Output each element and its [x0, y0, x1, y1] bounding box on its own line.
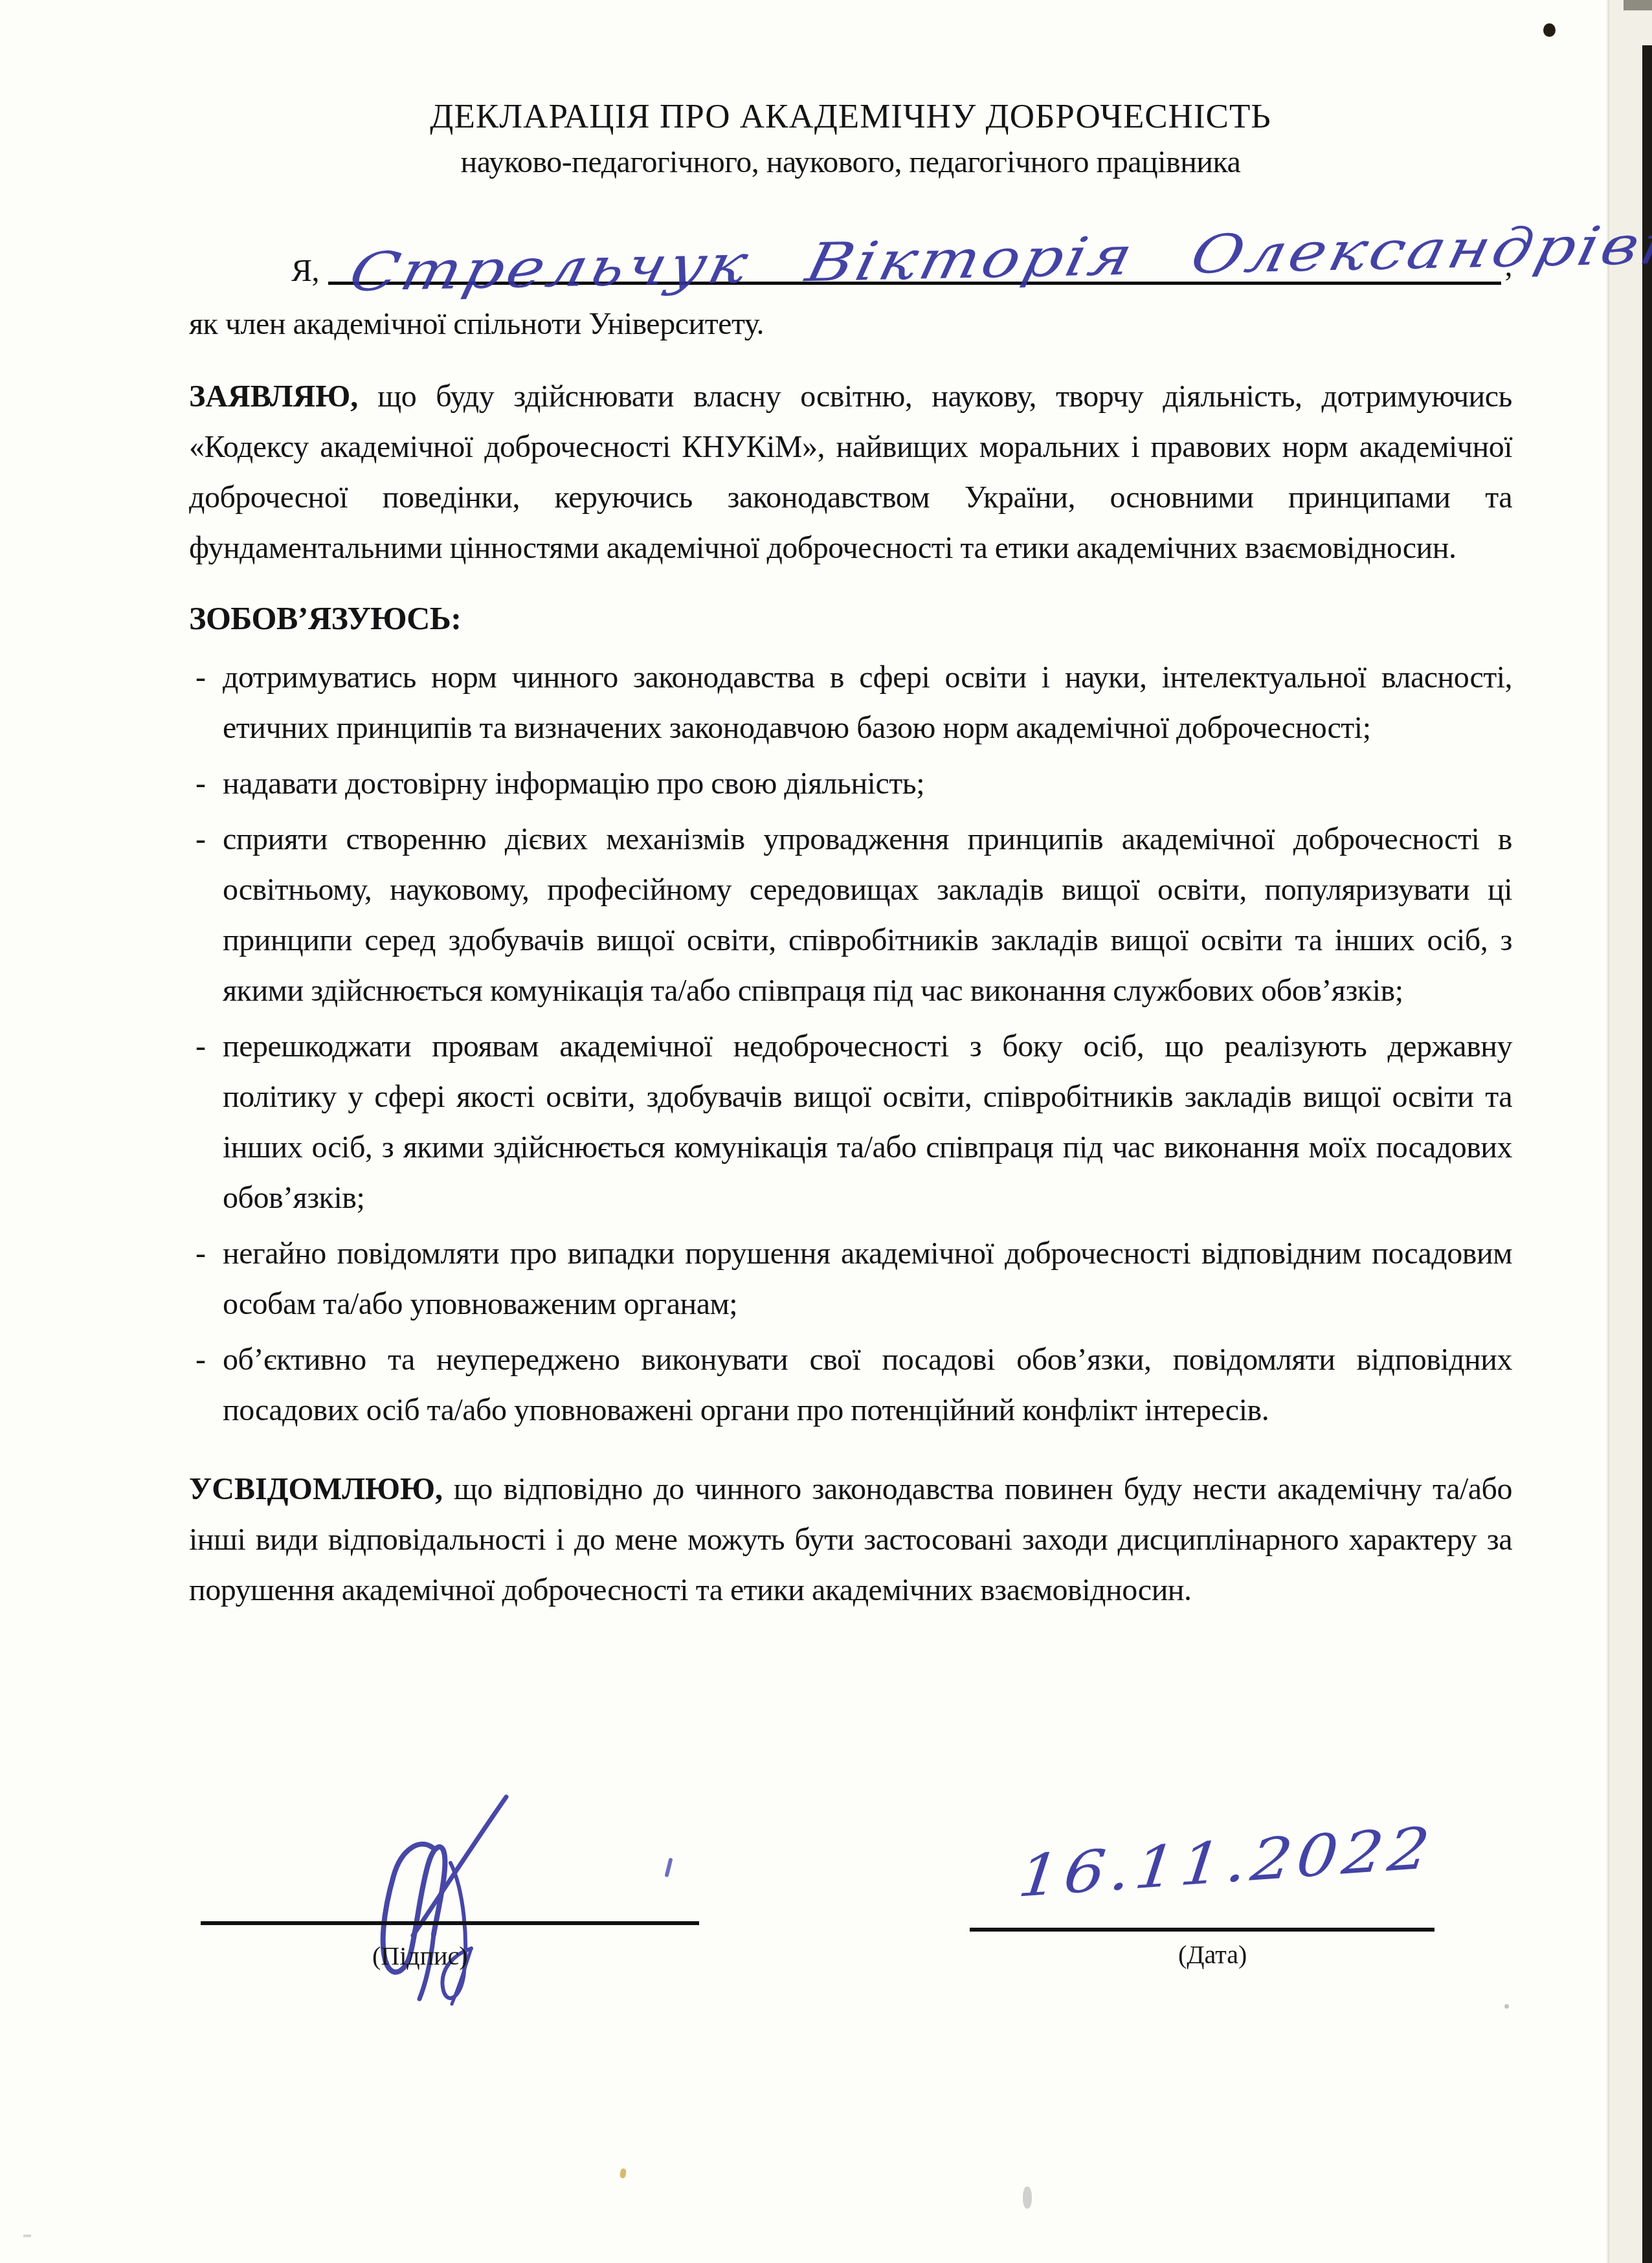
obligations-heading: ЗОБОВ’ЯЗУЮСЬ:	[189, 593, 1512, 643]
list-item: надавати достовірну інформацію про свою …	[189, 759, 1512, 809]
list-item: дотримуватись норм чинного законодавства…	[189, 652, 1512, 753]
signature-caption: (Підпис)	[372, 1941, 468, 1971]
list-item: перешкоджати проявам академічної недобро…	[189, 1021, 1512, 1223]
handwritten-signature	[337, 1785, 531, 2009]
list-item-text: негайно повідомляти про випадки порушенн…	[223, 1236, 1512, 1321]
handwritten-name: Стрельчук Вікторія Олександрівна,	[345, 218, 1652, 298]
list-item-text: дотримуватись норм чинного законодавства…	[223, 660, 1512, 745]
obligations-list: дотримуватись норм чинного законодавства…	[189, 652, 1512, 1436]
list-item: негайно повідомляти про випадки порушенн…	[189, 1229, 1512, 1330]
gray-smudge-artifact	[1023, 2187, 1032, 2209]
list-item-text: надавати достовірну інформацію про свою …	[223, 766, 924, 801]
name-blank-line: Стрельчук Вікторія Олександрівна,	[328, 205, 1501, 285]
list-item: сприяти створенню дієвих механізмів упро…	[189, 814, 1512, 1016]
statement-lead: ЗАЯВЛЯЮ,	[189, 379, 358, 414]
acknowledgement-paragraph: УСВІДОМЛЮЮ, що відповідно до чинного зак…	[189, 1464, 1512, 1616]
scan-edge-shadow	[1642, 45, 1652, 2263]
statement-text: що буду здійснювати власну освітню, наук…	[189, 379, 1512, 565]
yellow-speck-artifact	[619, 2168, 627, 2178]
declarant-row: Я, Стрельчук Вікторія Олександрівна, ,	[189, 219, 1512, 296]
date-line	[970, 1928, 1434, 1932]
document-body: ДЕКЛАРАЦІЯ ПРО АКАДЕМІЧНУ ДОБРОЧЕСНІСТЬ …	[189, 96, 1512, 1635]
signature-line	[201, 1921, 699, 1925]
handwritten-date: 16.11.2022	[1015, 1814, 1437, 1910]
declarant-prefix: Я,	[189, 246, 319, 296]
document-title: ДЕКЛАРАЦІЯ ПРО АКАДЕМІЧНУ ДОБРОЧЕСНІСТЬ	[189, 96, 1512, 137]
acknowledgement-lead: УСВІДОМЛЮЮ,	[189, 1472, 443, 1506]
date-caption: (Дата)	[1178, 1939, 1247, 1970]
ink-dot-artifact	[1543, 23, 1556, 37]
edge-speck-artifact	[23, 2235, 31, 2237]
membership-line: як член академічної спільноти Університе…	[189, 299, 1512, 350]
scanned-declaration-page: ДЕКЛАРАЦІЯ ПРО АКАДЕМІЧНУ ДОБРОЧЕСНІСТЬ …	[0, 0, 1652, 2263]
document-subtitle: науково-педагогічного, наукового, педаго…	[189, 144, 1512, 181]
pen-tick-artifact	[664, 1858, 673, 1878]
statement-paragraph: ЗАЯВЛЯЮ, що буду здійснювати власну осві…	[189, 372, 1512, 574]
scan-corner-shadow	[1624, 0, 1652, 10]
gray-dot-artifact	[1504, 2004, 1509, 2009]
list-item-text: об’єктивно та неупереджено виконувати св…	[223, 1343, 1512, 1427]
list-item-text: перешкоджати проявам академічної недобро…	[223, 1029, 1512, 1215]
scan-edge-hairline	[1608, 0, 1609, 2263]
list-item-text: сприяти створенню дієвих механізмів упро…	[223, 822, 1512, 1008]
list-item: об’єктивно та неупереджено виконувати св…	[189, 1335, 1512, 1436]
